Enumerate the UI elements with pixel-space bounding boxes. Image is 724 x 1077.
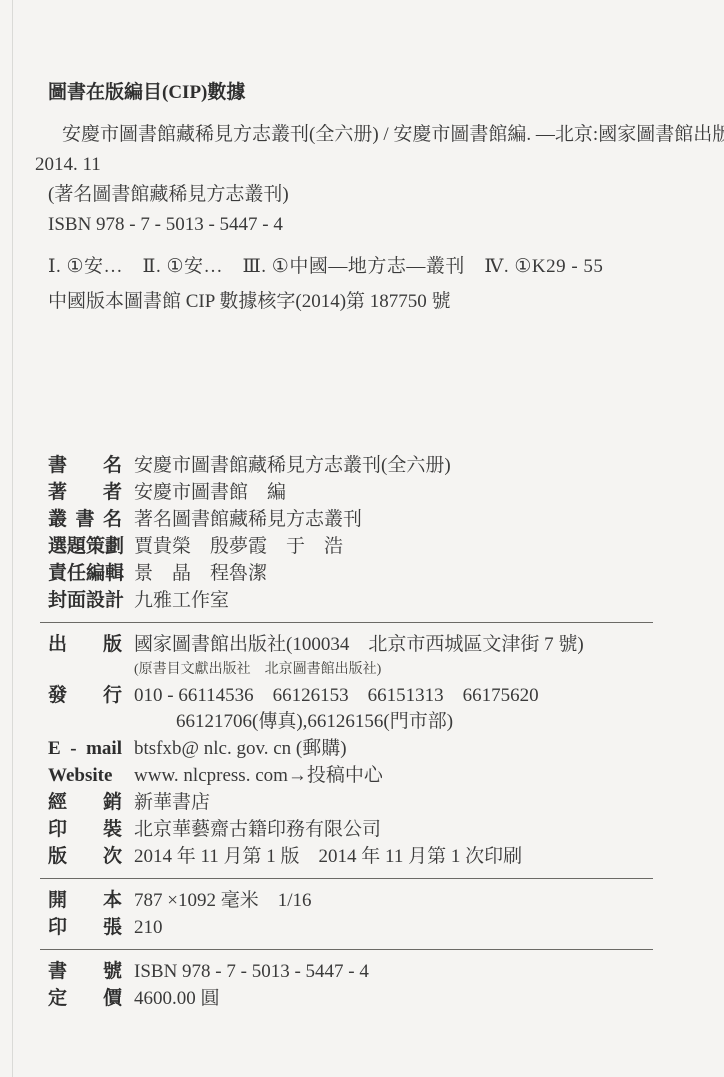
divider	[40, 949, 653, 950]
publisher-former-names: (原書目文獻出版社 北京圖書館出版社)	[134, 658, 698, 682]
row-book-title: 書 名 安慶市圖書館藏稀見方志叢刊(全六册)	[48, 452, 698, 479]
row-label: 選題策劃	[48, 533, 122, 560]
row-label: 封面設計	[48, 587, 122, 614]
row-value: 北京華藝齋古籍印務有限公司	[134, 816, 381, 843]
row-value: 787 ×1092 毫米 1/16	[134, 887, 312, 914]
cip-record-number: 中國版本圖書館 CIP 數據核字(2014)第 187750 號	[48, 287, 698, 317]
row-label: 發 行	[48, 682, 122, 709]
book-copyright-page: 圖書在版編目(CIP)數據 安慶市圖書館藏稀見方志叢刊(全六册) / 安慶市圖書…	[0, 0, 724, 1077]
row-series-title: 叢 書 名 著名圖書館藏稀見方志叢刊	[48, 506, 698, 533]
row-value: ISBN 978 - 7 - 5013 - 5447 - 4	[134, 958, 369, 985]
row-label: 出 版	[48, 631, 122, 658]
cip-series-note: (著名圖書館藏稀見方志叢刊)	[48, 180, 698, 210]
row-topic-planning: 選題策劃 賈貴榮 殷夢霞 于 浩	[48, 533, 698, 560]
row-value: 國家圖書館出版社(100034 北京市西城區文津街 7 號)	[134, 631, 584, 658]
row-distribution: 發 行 010 - 66114536 66126153 66151313 661…	[48, 682, 698, 709]
row-value: 賈貴榮 殷夢霞 于 浩	[134, 533, 343, 560]
divider	[40, 622, 653, 623]
row-label: 責任編輯	[48, 560, 122, 587]
row-value: 九雅工作室	[134, 587, 229, 614]
row-value: 4600.00 圓	[134, 985, 220, 1012]
row-website: Website www. nlcpress. com→投稿中心	[48, 762, 698, 789]
colophon-table: 書 名 安慶市圖書館藏稀見方志叢刊(全六册) 著 者 安慶市圖書館 編 叢 書 …	[48, 452, 698, 1012]
row-printed-sheets: 印 張 210	[48, 914, 698, 941]
row-format: 開 本 787 ×1092 毫米 1/16	[48, 887, 698, 914]
row-value: 2014 年 11 月第 1 版 2014 年 11 月第 1 次印刷	[134, 843, 522, 870]
row-label: 開 本	[48, 887, 122, 914]
distribution-phones-line2: 66121706(傳真),66126156(門市部)	[176, 709, 698, 735]
row-label: 書 名	[48, 452, 122, 479]
row-label: Website	[48, 762, 122, 789]
row-value: 210	[134, 914, 163, 941]
row-label: 經 銷	[48, 789, 122, 816]
row-value: btsfxb@ nlc. gov. cn (郵購)	[134, 735, 347, 762]
row-email: E - mail btsfxb@ nlc. gov. cn (郵購)	[48, 735, 698, 762]
row-label: 叢 書 名	[48, 506, 122, 533]
row-value: 安慶市圖書館藏稀見方志叢刊(全六册)	[134, 452, 451, 479]
cip-classification: Ⅰ. ①安… Ⅱ. ①安… Ⅲ. ①中國—地方志—叢刊 Ⅳ. ①K29 - 55	[48, 252, 698, 282]
row-label: 版 次	[48, 843, 122, 870]
row-value: 景 晶 程魯潔	[134, 560, 267, 587]
cip-data-block: 圖書在版編目(CIP)數據 安慶市圖書館藏稀見方志叢刊(全六册) / 安慶市圖書…	[48, 78, 698, 317]
row-value: www. nlcpress. com→投稿中心	[134, 762, 383, 789]
scan-edge-artifact	[12, 0, 13, 1077]
row-edition: 版 次 2014 年 11 月第 1 版 2014 年 11 月第 1 次印刷	[48, 843, 698, 870]
row-price: 定 價 4600.00 圓	[48, 985, 698, 1012]
row-book-number: 書 號 ISBN 978 - 7 - 5013 - 5447 - 4	[48, 958, 698, 985]
row-label: 印 張	[48, 914, 122, 941]
row-responsible-editor: 責任編輯 景 晶 程魯潔	[48, 560, 698, 587]
row-value: 新華書店	[134, 789, 210, 816]
cip-heading: 圖書在版編目(CIP)數據	[48, 78, 698, 108]
row-label: 定 價	[48, 985, 122, 1012]
row-label: 著 者	[48, 479, 122, 506]
row-value: 010 - 66114536 66126153 66151313 6617562…	[134, 682, 539, 709]
row-label: E - mail	[48, 735, 122, 762]
cip-title-line-2: 2014. 11	[35, 150, 698, 180]
row-cover-design: 封面設計 九雅工作室	[48, 587, 698, 614]
row-label: 書 號	[48, 958, 122, 985]
row-value: 著名圖書館藏稀見方志叢刊	[134, 506, 362, 533]
row-value: 安慶市圖書館 編	[134, 479, 286, 506]
cip-title-line-1: 安慶市圖書館藏稀見方志叢刊(全六册) / 安慶市圖書館編. —北京:國家圖書館出…	[62, 120, 698, 150]
row-seller: 經 銷 新華書店	[48, 789, 698, 816]
divider	[40, 878, 653, 879]
cip-isbn: ISBN 978 - 7 - 5013 - 5447 - 4	[48, 210, 698, 240]
row-printer: 印 裝 北京華藝齋古籍印務有限公司	[48, 816, 698, 843]
row-author: 著 者 安慶市圖書館 編	[48, 479, 698, 506]
row-publisher: 出 版 國家圖書館出版社(100034 北京市西城區文津街 7 號)	[48, 631, 698, 658]
row-label: 印 裝	[48, 816, 122, 843]
